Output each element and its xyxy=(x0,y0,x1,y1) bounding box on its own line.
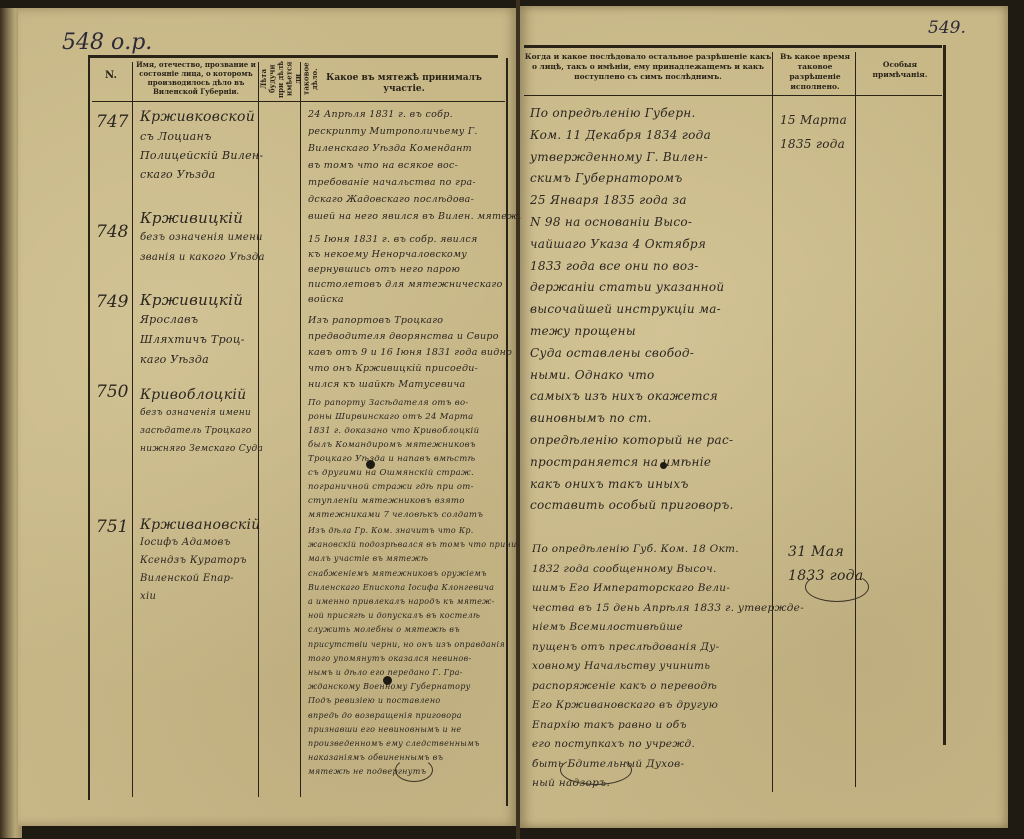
entry-participation: По рапорту Засѣдателя отъ во- роны Ширви… xyxy=(308,396,506,522)
entry-number: 749 xyxy=(96,292,128,312)
column-rule xyxy=(506,58,508,806)
header-executed: Въ какое время таковое разрѣшеніе исполн… xyxy=(775,52,855,92)
column-rule xyxy=(943,45,946,745)
entry-name: Кривоблоцкій безъ означенія имени засѣда… xyxy=(140,386,263,458)
column-rule xyxy=(132,62,133,797)
header-participation: Какое въ мятежѣ принималъ участіе. xyxy=(304,73,504,95)
right-folio-number: 549. xyxy=(928,18,966,38)
entry-participation: Изъ дѣла Гр. Ком. значитъ что Кр. жановс… xyxy=(308,524,506,780)
header-resolution: Когда и какое послѣдовало остальное разр… xyxy=(524,52,772,82)
header-number: N. xyxy=(96,70,126,81)
header-top-rule-right xyxy=(524,45,942,48)
column-rule xyxy=(300,62,301,797)
ink-blot xyxy=(366,460,375,469)
entry-name: Крживковской съ Лоцианъ Полицейскій Виле… xyxy=(140,108,263,184)
entry-participation: 24 Апрѣля 1831 г. въ собр. рескрипту Мит… xyxy=(308,106,506,225)
entry-name: Крживицкій безъ означенія имени званія и… xyxy=(140,208,265,268)
column-rule xyxy=(88,55,90,800)
resolution-text: По опредѣленію Губерн. Ком. 11 Декабря 1… xyxy=(530,103,770,517)
ink-flourish xyxy=(805,572,869,602)
entry-number: 750 xyxy=(96,382,128,402)
column-rule xyxy=(855,52,856,787)
entry-number: 747 xyxy=(96,112,128,132)
ink-blot xyxy=(660,462,667,469)
resolution-text: По опредѣленію Губ. Ком. 18 Окт. 1832 го… xyxy=(532,540,772,794)
entry-name: Крживановскій Іосифъ Адамовъ Ксендзъ Кур… xyxy=(140,516,261,606)
header-notes: Особыя примѣчанія. xyxy=(858,60,942,80)
left-folio-number: 548 о.р. xyxy=(62,30,152,55)
header-age: Лѣта будучи при дѣлѣ имѣется ли таковое … xyxy=(260,58,298,100)
ink-flourish xyxy=(560,755,632,785)
entry-participation: Изъ рапортовъ Троцкаго предводителя двор… xyxy=(308,313,506,393)
column-rule xyxy=(772,52,773,792)
ink-blot xyxy=(383,676,392,685)
header-bottom-rule-left xyxy=(92,101,505,102)
ink-flourish xyxy=(395,758,433,782)
entry-number: 748 xyxy=(96,222,128,242)
header-name: Имя, отечество, прозвание и состояніе ли… xyxy=(134,60,258,96)
entry-number: 751 xyxy=(96,517,128,537)
header-bottom-rule-right xyxy=(524,95,942,96)
entry-name: Крживицкій Ярославъ Шляхтичъ Троц- каго … xyxy=(140,290,245,370)
entry-participation: 15 Іюня 1831 г. въ собр. явился къ некое… xyxy=(308,232,506,307)
executed-date: 15 Марта 1835 года xyxy=(780,108,847,156)
